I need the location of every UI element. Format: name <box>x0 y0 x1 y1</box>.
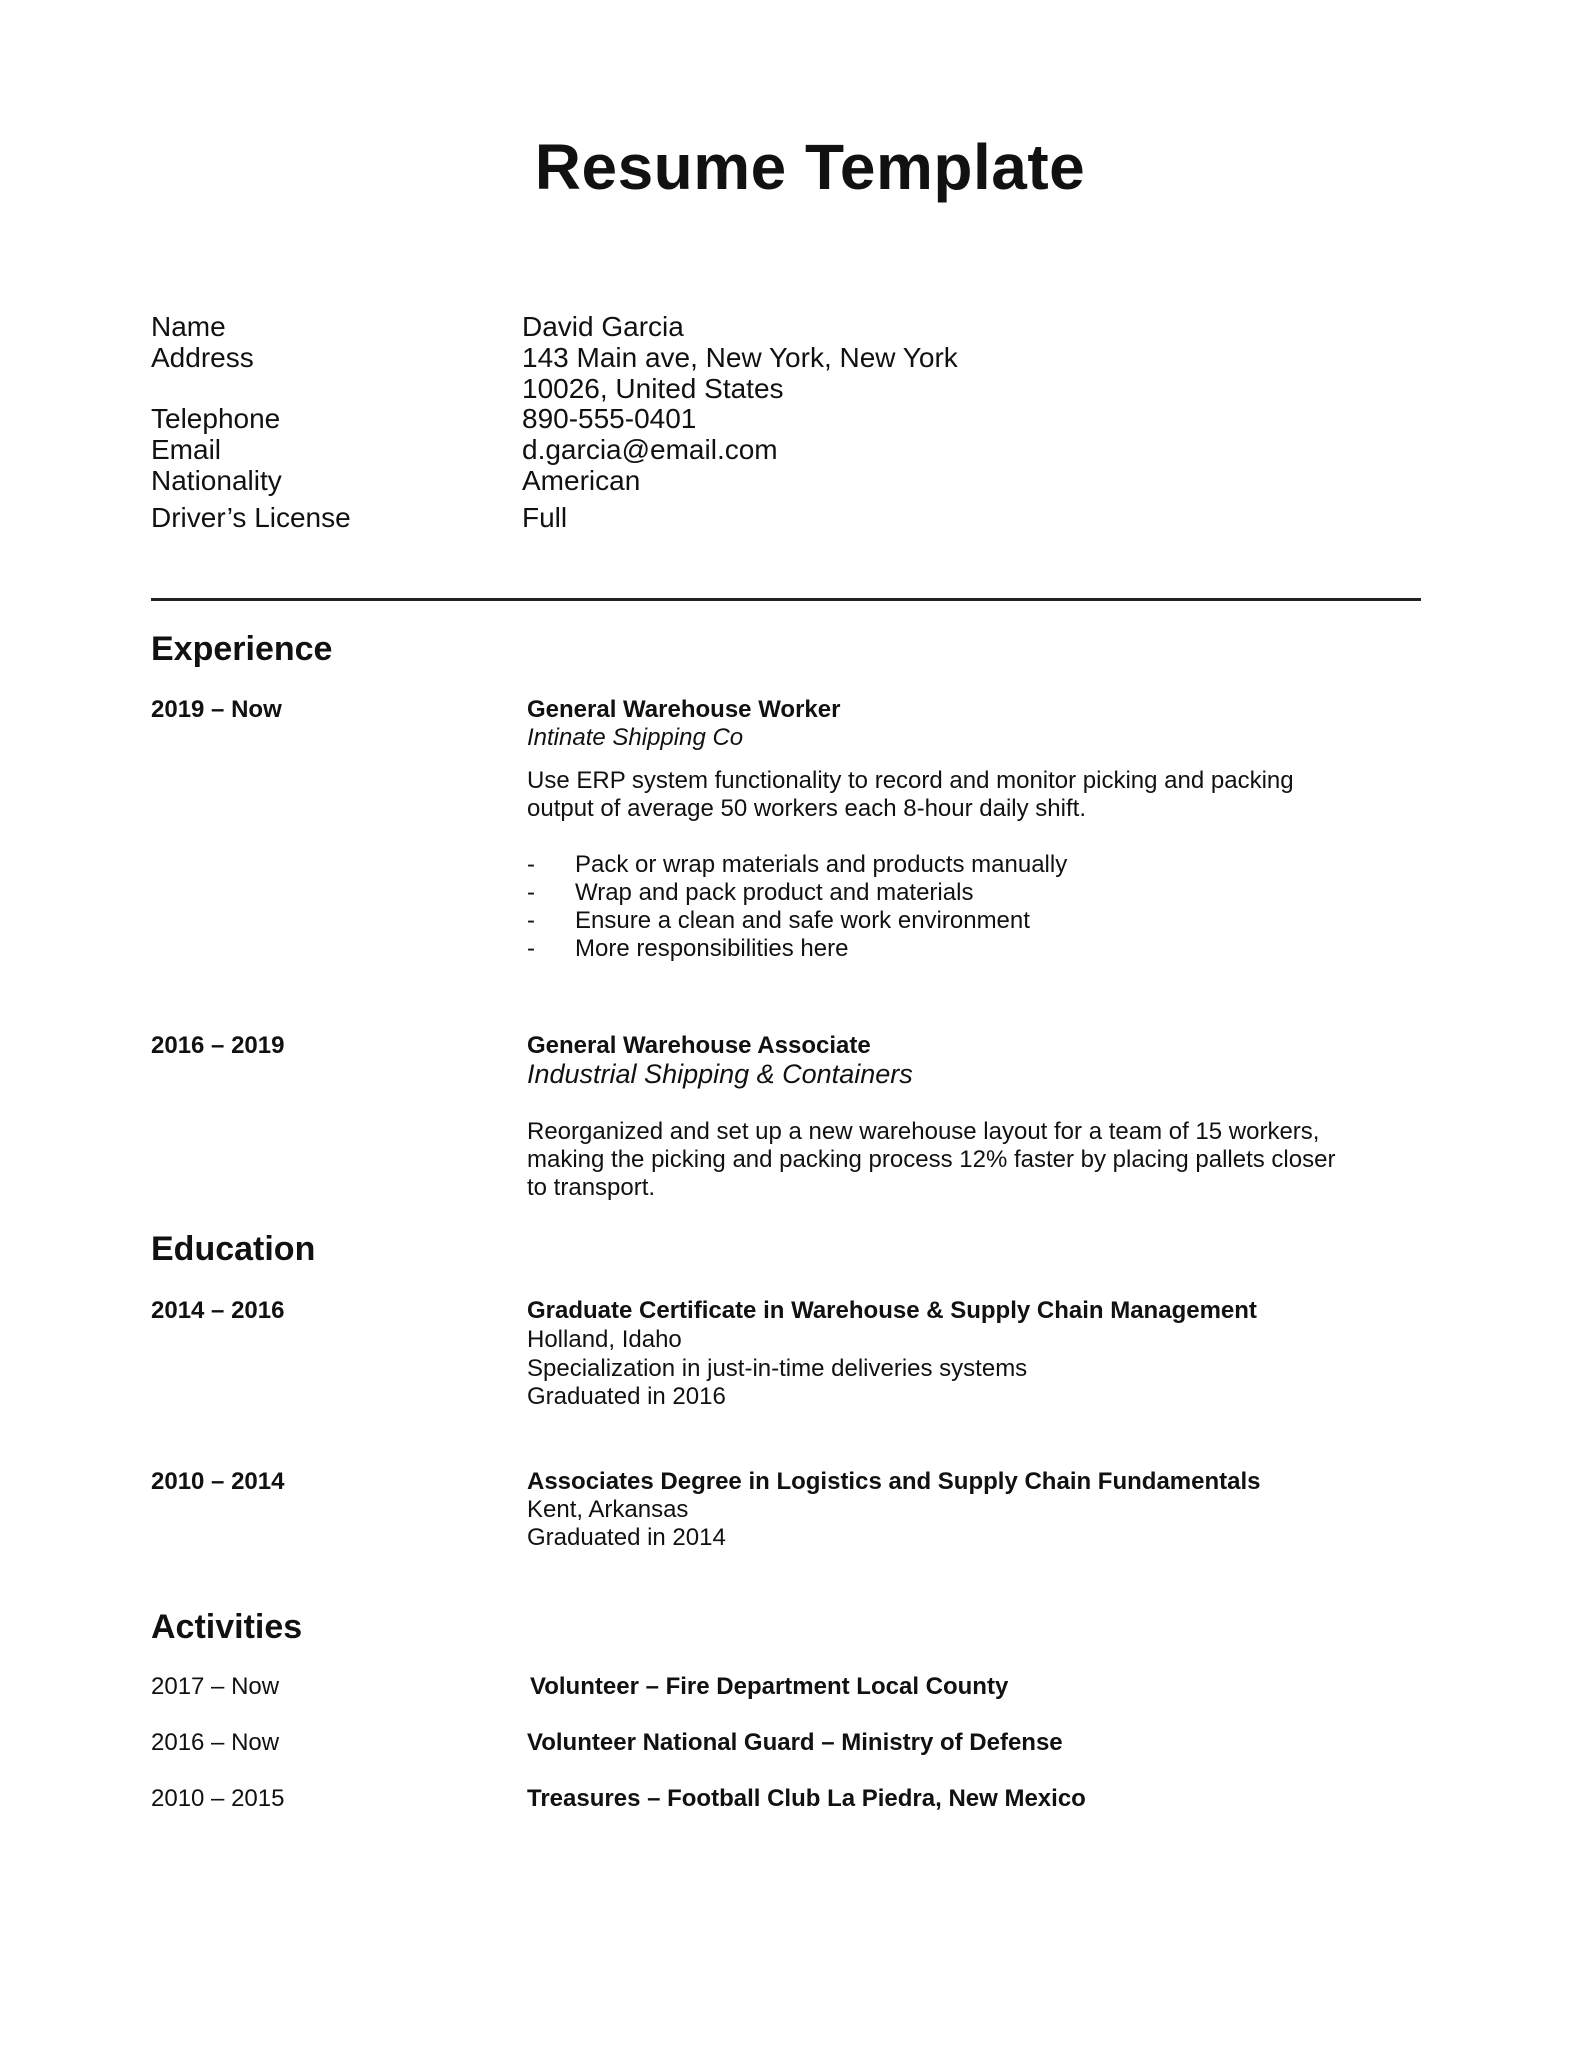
job-description-line: making the picking and packing process 1… <box>527 1148 1335 1172</box>
activity-dates: 2017 – Now <box>151 1675 279 1699</box>
job-title: General Warehouse Worker <box>527 698 840 722</box>
job-description-line: output of average 50 workers each 8-hour… <box>527 797 1086 821</box>
email-label: Email <box>151 436 221 464</box>
education-dates: 2010 – 2014 <box>151 1470 284 1494</box>
company-name: Industrial Shipping & Containers <box>527 1061 913 1088</box>
experience-dates: 2016 – 2019 <box>151 1034 284 1058</box>
page-title: Resume Template <box>0 135 1583 199</box>
activity-dates: 2016 – Now <box>151 1731 279 1755</box>
degree-title: Associates Degree in Logistics and Suppl… <box>527 1470 1261 1494</box>
experience-heading: Experience <box>151 632 332 666</box>
responsibility-item: More responsibilities here <box>575 937 848 961</box>
activity-dates: 2010 – 2015 <box>151 1787 284 1811</box>
address-line-1: 143 Main ave, New York, New York <box>522 344 958 372</box>
education-location: Kent, Arkansas <box>527 1498 688 1522</box>
address-label: Address <box>151 344 254 372</box>
education-graduation: Graduated in 2014 <box>527 1526 726 1550</box>
name-value: David Garcia <box>522 313 684 341</box>
telephone-label: Telephone <box>151 405 280 433</box>
bullet-dash: - <box>527 881 535 905</box>
experience-dates: 2019 – Now <box>151 698 282 722</box>
activity-title: Volunteer – Fire Department Local County <box>530 1675 1008 1699</box>
education-detail: Specialization in just-in-time deliverie… <box>527 1357 1027 1381</box>
responsibility-item: Wrap and pack product and materials <box>575 881 973 905</box>
job-description-line: Use ERP system functionality to record a… <box>527 769 1294 793</box>
name-label: Name <box>151 313 226 341</box>
education-graduation: Graduated in 2016 <box>527 1385 726 1409</box>
responsibility-item: Pack or wrap materials and products manu… <box>575 853 1067 877</box>
activity-title: Treasures – Football Club La Piedra, New… <box>527 1787 1086 1811</box>
degree-title: Graduate Certificate in Warehouse & Supp… <box>527 1299 1257 1323</box>
email-value: d.garcia@email.com <box>522 436 778 464</box>
bullet-dash: - <box>527 937 535 961</box>
job-description-line: Reorganized and set up a new warehouse l… <box>527 1120 1319 1144</box>
activities-heading: Activities <box>151 1610 302 1644</box>
bullet-dash: - <box>527 909 535 933</box>
job-title: General Warehouse Associate <box>527 1034 871 1058</box>
section-divider <box>151 598 1421 601</box>
bullet-dash: - <box>527 853 535 877</box>
education-heading: Education <box>151 1232 315 1266</box>
drivers-license-label: Driver’s License <box>151 504 351 532</box>
drivers-license-value: Full <box>522 504 567 532</box>
company-name: Intinate Shipping Co <box>527 726 743 750</box>
nationality-label: Nationality <box>151 467 282 495</box>
education-location: Holland, Idaho <box>527 1328 682 1352</box>
address-line-2: 10026, United States <box>522 375 784 403</box>
nationality-value: American <box>522 467 640 495</box>
job-description-line: to transport. <box>527 1176 655 1200</box>
telephone-value: 890-555-0401 <box>522 405 696 433</box>
responsibility-item: Ensure a clean and safe work environment <box>575 909 1030 933</box>
activity-title: Volunteer National Guard – Ministry of D… <box>527 1731 1063 1755</box>
education-dates: 2014 – 2016 <box>151 1299 284 1323</box>
